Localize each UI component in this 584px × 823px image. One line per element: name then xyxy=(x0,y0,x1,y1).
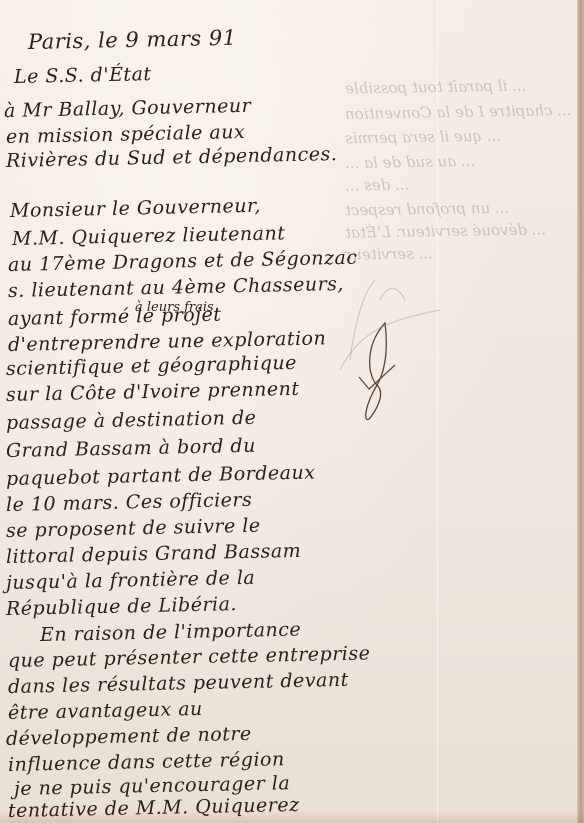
body-line: paquebot partant de Bordeaux xyxy=(6,462,316,490)
body-line: influence dans cette région xyxy=(8,748,285,776)
bleed-through-line: ... un profond respect xyxy=(345,199,510,220)
body-line: se proposent de suivre le xyxy=(6,515,261,542)
bleed-through-line: ... dévoué serviteur. L'État xyxy=(345,220,546,242)
body-line: En raison de l'importance xyxy=(40,619,302,646)
bleed-through-line: ... il paraît tout possible xyxy=(345,76,527,97)
body-line: le 10 mars. Ces officiers xyxy=(6,489,253,516)
body-line: République de Libéria. xyxy=(6,593,237,620)
body-line: être avantageux au xyxy=(8,698,203,724)
letter-page: ... il paraît tout possible ... chapitre… xyxy=(0,0,584,823)
body-line: littoral depuis Grand Bassam xyxy=(6,540,302,568)
recipient-line-2: en mission spéciale aux xyxy=(6,121,246,148)
body-line: développement de notre xyxy=(6,723,252,750)
body-line: s. lieutenant au 4ème Chasseurs, xyxy=(8,273,344,302)
fold-crease xyxy=(437,0,438,823)
salutation: Monsieur le Gouverneur, xyxy=(10,195,261,222)
recipient-line-3: Rivières du Sud et dépendances. xyxy=(6,143,338,172)
bleed-through-line: ... que il sera permis xyxy=(345,127,501,148)
sender-line: Le S.S. d'État xyxy=(14,63,152,88)
body-line: passage à destination de xyxy=(6,407,257,434)
bleed-through-line: ... au sud de la ... xyxy=(345,152,476,172)
date-line: Paris, le 9 mars 91 xyxy=(28,26,237,54)
body-line: au 17ème Dragons et de Ségonzac xyxy=(8,247,358,276)
bleed-through-line: ... des ... xyxy=(345,175,410,194)
body-line: dans les résultats peuvent devant xyxy=(8,669,349,698)
faded-signature-bleed xyxy=(330,270,450,380)
bleed-through-line: ... chapitre I de la Convention xyxy=(345,101,572,123)
body-line: M.M. Quiquerez lieutenant xyxy=(12,222,286,250)
page-edge xyxy=(577,0,584,823)
body-line: Grand Bassam à bord du xyxy=(6,435,256,462)
body-line: scientifique et géographique xyxy=(6,352,297,380)
body-line: jusqu'à la frontière de la xyxy=(6,567,256,594)
interlinear-insert: à leurs frais xyxy=(135,300,214,315)
body-line: que peut présenter cette entreprise xyxy=(8,642,371,672)
bleed-through-line: ... serviteur xyxy=(345,244,433,264)
recipient-line-1: à Mr Ballay, Gouverneur xyxy=(4,95,252,122)
body-line: sur la Côte d'Ivoire prennent xyxy=(6,378,300,406)
